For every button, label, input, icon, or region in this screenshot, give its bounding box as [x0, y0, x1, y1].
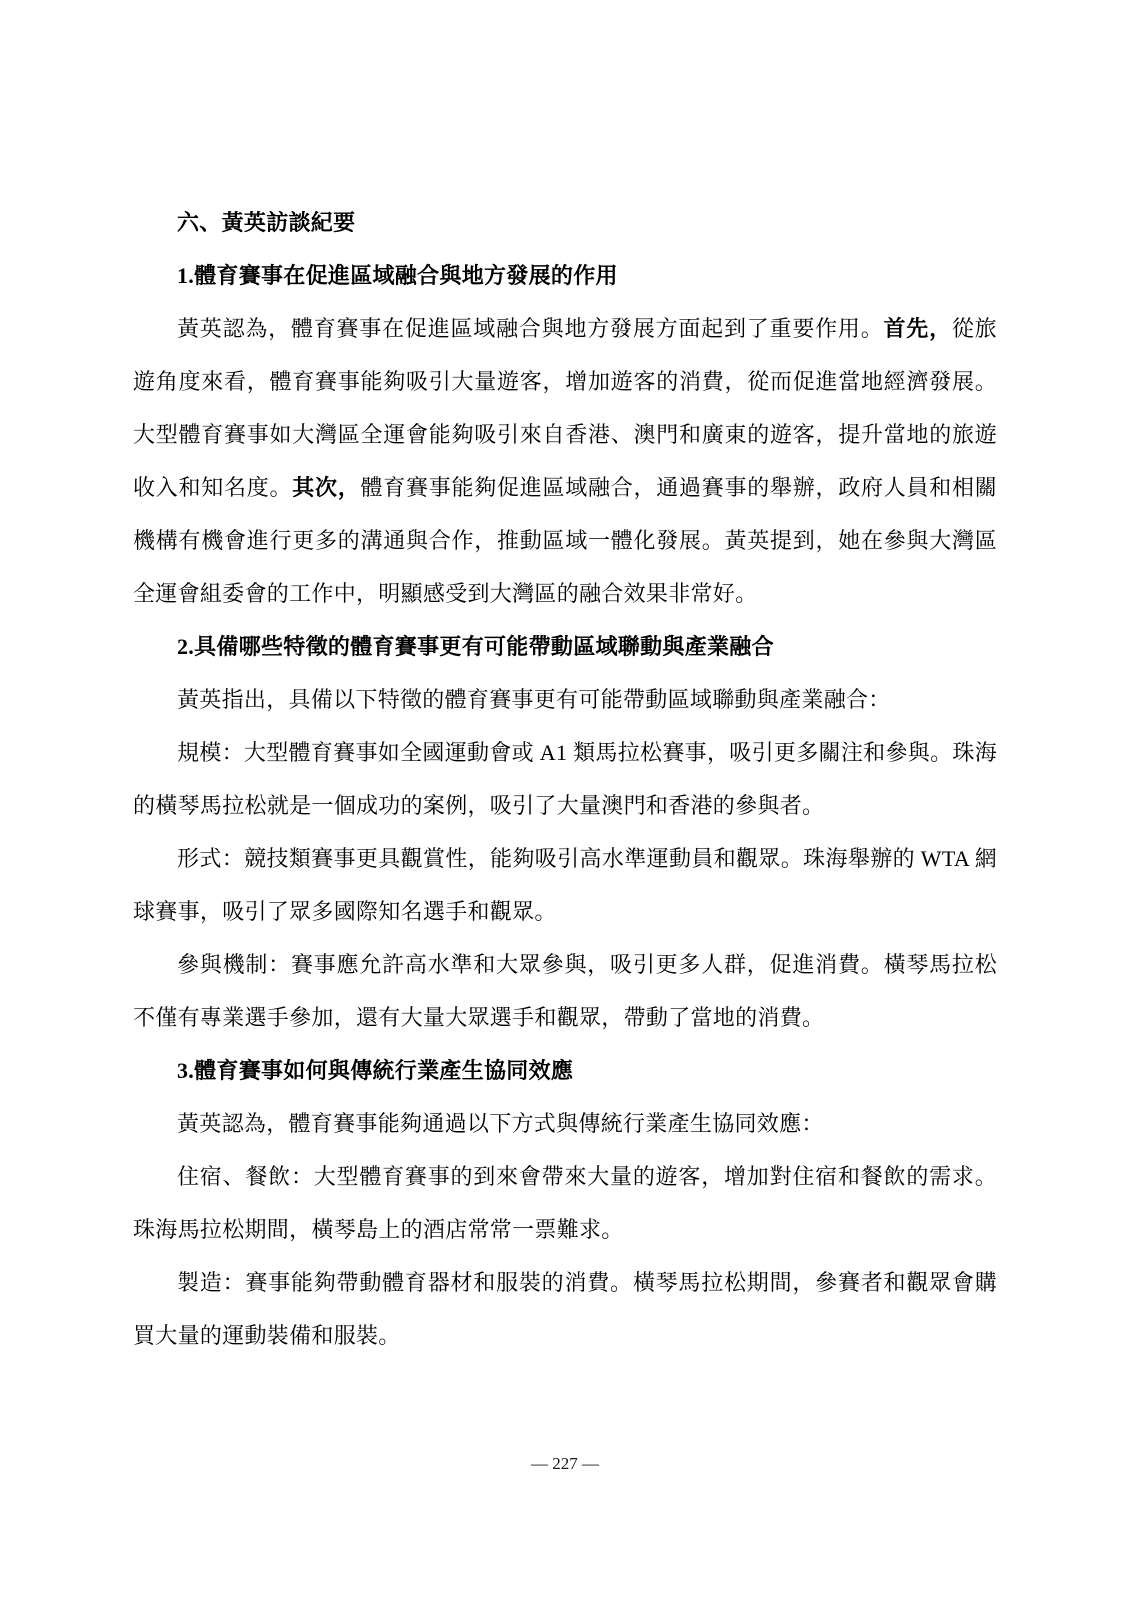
paragraph: 住宿、餐飲：大型體育賽事的到來會帶來大量的遊客，增加對住宿和餐飲的需求。珠海馬拉… [133, 1150, 997, 1256]
text-run: 從旅遊角度來看，體育賽事能夠吸引大量遊客，增加遊客的消費，從而促進當地經濟發展。… [133, 316, 997, 500]
text-run: 參與機制：賽事應允許高水準和大眾參與，吸引更多人群，促進消費。橫琴馬拉松不僅有專… [133, 952, 997, 1030]
document-blocks: 六、黃英訪談紀要1.體育賽事在促進區域融合與地方發展的作用黃英認為，體育賽事在促… [133, 196, 997, 1362]
text-run: 製造：賽事能夠帶動體育器材和服裝的消費。橫琴馬拉松期間，參賽者和觀眾會購買大量的… [133, 1270, 997, 1348]
text-run: 住宿、餐飲：大型體育賽事的到來會帶來大量的遊客，增加對住宿和餐飲的需求。珠海馬拉… [133, 1164, 997, 1242]
bold-text-run: 1.體育賽事在促進區域融合與地方發展的作用 [177, 263, 618, 288]
heading: 六、黃英訪談紀要 [133, 196, 997, 249]
bold-text-run: 首先， [884, 316, 952, 341]
paragraph: 黃英認為，體育賽事能夠通過以下方式與傳統行業產生協同效應： [133, 1097, 997, 1150]
text-run: 規模：大型體育賽事如全國運動會或 A1 類馬拉松賽事，吸引更多關注和參與。珠海的… [133, 740, 997, 818]
document-page: 六、黃英訪談紀要1.體育賽事在促進區域融合與地方發展的作用黃英認為，體育賽事在促… [0, 0, 1130, 1600]
heading: 2.具備哪些特徵的體育賽事更有可能帶動區域聯動與產業融合 [133, 620, 997, 673]
text-run: 形式：競技類賽事更具觀賞性，能夠吸引高水準運動員和觀眾。珠海舉辦的 WTA 網球… [133, 846, 997, 924]
paragraph: 規模：大型體育賽事如全國運動會或 A1 類馬拉松賽事，吸引更多關注和參與。珠海的… [133, 726, 997, 832]
bold-text-run: 六、黃英訪談紀要 [177, 210, 355, 235]
paragraph: 參與機制：賽事應允許高水準和大眾參與，吸引更多人群，促進消費。橫琴馬拉松不僅有專… [133, 938, 997, 1044]
paragraph: 形式：競技類賽事更具觀賞性，能夠吸引高水準運動員和觀眾。珠海舉辦的 WTA 網球… [133, 832, 997, 938]
text-run: 黃英認為，體育賽事能夠通過以下方式與傳統行業產生協同效應： [177, 1111, 824, 1136]
heading: 1.體育賽事在促進區域融合與地方發展的作用 [133, 249, 997, 302]
document-content: 六、黃英訪談紀要1.體育賽事在促進區域融合與地方發展的作用黃英認為，體育賽事在促… [133, 196, 997, 1362]
paragraph: 黃英指出，具備以下特徵的體育賽事更有可能帶動區域聯動與產業融合： [133, 673, 997, 726]
paragraph: 製造：賽事能夠帶動體育器材和服裝的消費。橫琴馬拉松期間，參賽者和觀眾會購買大量的… [133, 1256, 997, 1362]
heading: 3.體育賽事如何與傳統行業產生協同效應 [133, 1044, 997, 1097]
text-run: 黃英認為，體育賽事在促進區域融合與地方發展方面起到了重要作用。 [177, 316, 884, 341]
page-number: — 227 — [0, 1452, 1130, 1476]
paragraph: 黃英認為，體育賽事在促進區域融合與地方發展方面起到了重要作用。首先，從旅遊角度來… [133, 302, 997, 620]
bold-text-run: 其次， [292, 475, 360, 500]
bold-text-run: 3.體育賽事如何與傳統行業產生協同效應 [177, 1058, 573, 1083]
text-run: 黃英指出，具備以下特徵的體育賽事更有可能帶動區域聯動與產業融合： [177, 687, 891, 712]
bold-text-run: 2.具備哪些特徵的體育賽事更有可能帶動區域聯動與產業融合 [177, 634, 774, 659]
